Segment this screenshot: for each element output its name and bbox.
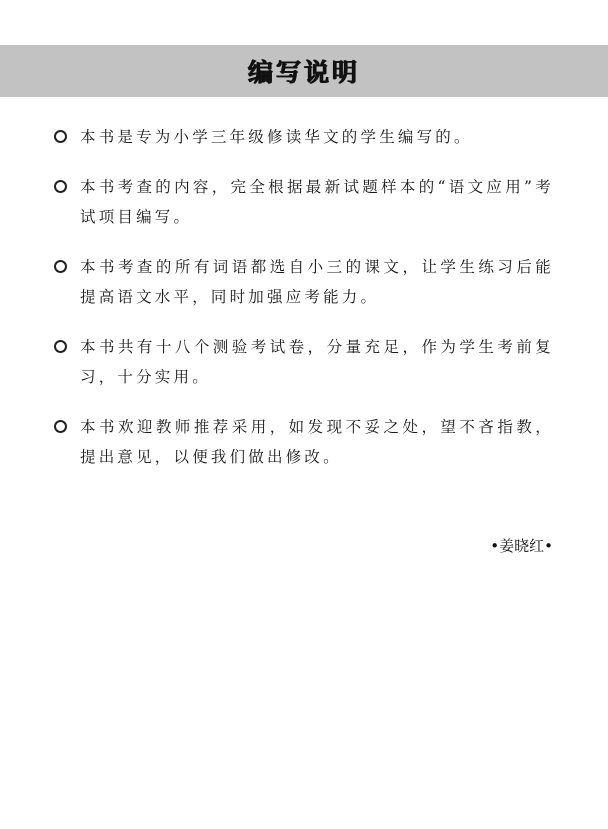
note-item: 本书考查的内容，完全根据最新试题样本的“语文应用”考试项目编写。	[54, 172, 554, 232]
note-item: 本书考查的所有词语都选自小三的课文，让学生练习后能提高语文水平，同时加强应考能力…	[54, 252, 554, 312]
page-title: 编写说明	[248, 53, 360, 89]
title-band: 编写说明	[0, 45, 608, 97]
note-text: 本书考查的所有词语都选自小三的课文，让学生练习后能提高语文水平，同时加强应考能力…	[80, 252, 554, 312]
note-text: 本书共有十八个测验考试卷，分量充足，作为学生考前复习，十分实用。	[80, 332, 554, 392]
circle-bullet-icon	[54, 130, 67, 143]
circle-bullet-icon	[54, 420, 67, 433]
author-signature: •姜晓红•	[490, 535, 553, 556]
note-item: 本书共有十八个测验考试卷，分量充足，作为学生考前复习，十分实用。	[54, 332, 554, 392]
circle-bullet-icon	[54, 340, 67, 353]
note-text: 本书欢迎教师推荐采用，如发现不妥之处，望不吝指教，提出意见，以便我们做出修改。	[80, 412, 554, 472]
note-item: 本书是专为小学三年级修读华文的学生编写的。	[54, 122, 554, 152]
note-text: 本书考查的内容，完全根据最新试题样本的“语文应用”考试项目编写。	[80, 172, 554, 232]
note-text: 本书是专为小学三年级修读华文的学生编写的。	[80, 122, 554, 152]
circle-bullet-icon	[54, 260, 67, 273]
notes-list: 本书是专为小学三年级修读华文的学生编写的。 本书考查的内容，完全根据最新试题样本…	[54, 122, 554, 492]
note-item: 本书欢迎教师推荐采用，如发现不妥之处，望不吝指教，提出意见，以便我们做出修改。	[54, 412, 554, 472]
circle-bullet-icon	[54, 180, 67, 193]
